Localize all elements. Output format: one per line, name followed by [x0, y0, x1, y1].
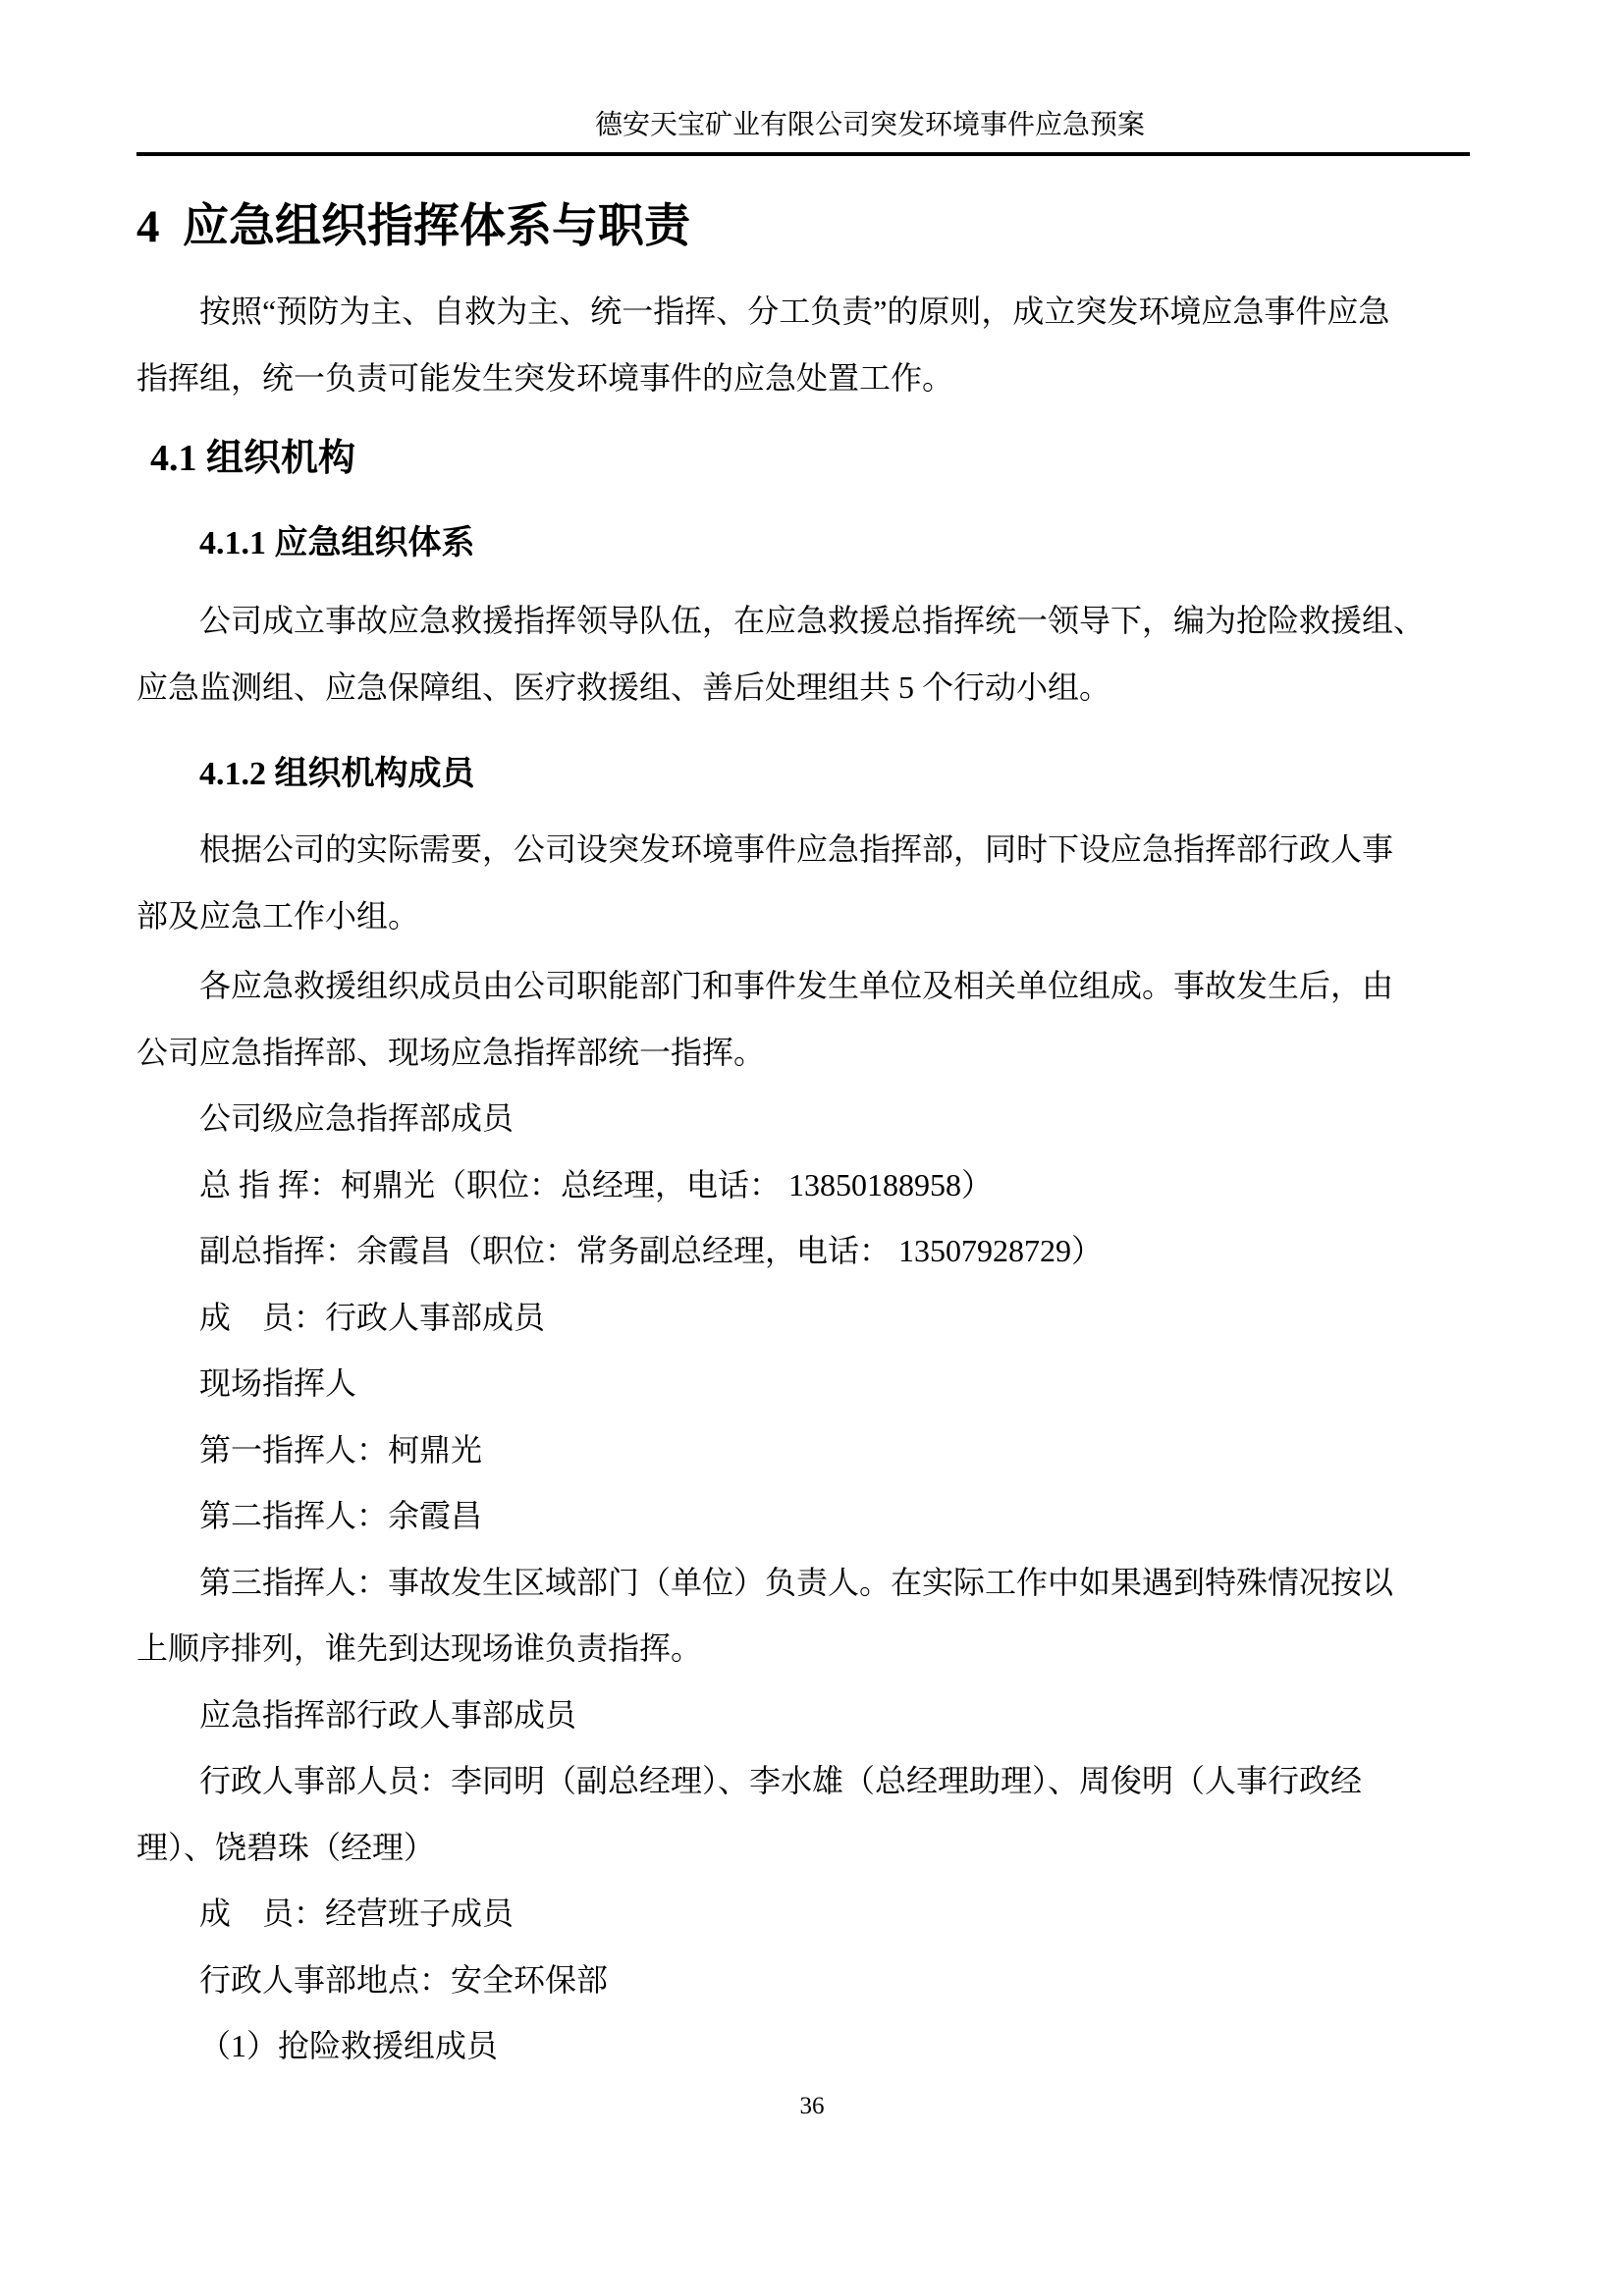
section-412-intro-paragraph-2: 各应急救援组织成员由公司职能部门和事件发生单位及相关单位组成。事故发生后，由 公…: [136, 953, 1473, 1086]
member-line-1: 公司级应急指挥部成员: [136, 1086, 1473, 1152]
section-411-heading: 4.1.1 应急组织体系: [199, 513, 1473, 574]
page-header-title: 德安天宝矿业有限公司突发环境事件应急预案: [595, 108, 1145, 143]
chapter-intro-paragraph: 按照“预防为主、自救为主、统一指挥、分工负责”的原则，成立突发环境应急事件应急 …: [136, 279, 1473, 411]
document-page: 德安天宝矿业有限公司突发环境事件应急预案 4 应急组织指挥体系与职责 按照“预防…: [0, 0, 1624, 2296]
member-line-5: 现场指挥人: [136, 1351, 1473, 1417]
member-line-12: 行政人事部地点：安全环保部: [136, 1948, 1473, 2014]
member-line-2: 总 指 挥：柯鼎光（职位：总经理，电话： 13850188958）: [136, 1152, 1473, 1219]
member-line-4: 成 员：行政人事部成员: [136, 1285, 1473, 1352]
header-divider-rule: [136, 152, 1470, 156]
member-line-10: 行政人事部人员：李同明（副总经理）、李水雄（总经理助理）、周俊明（人事行政经 理…: [136, 1748, 1473, 1881]
member-line-11: 成 员：经营班子成员: [136, 1881, 1473, 1948]
section-412-member-list: 公司级应急指挥部成员总 指 挥：柯鼎光（职位：总经理，电话： 138501889…: [136, 1086, 1473, 2080]
section-411-body-paragraph: 公司成立事故应急救援指挥领导队伍，在应急救援总指挥统一领导下，编为抢险救援组、 …: [136, 588, 1473, 721]
member-line-13: （1）抢险救援组成员: [136, 2013, 1473, 2080]
chapter-heading: 4 应急组织指挥体系与职责: [136, 188, 1473, 265]
member-line-8: 第三指挥人：事故发生区域部门（单位）负责人。在实际工作中如果遇到特殊情况按以 上…: [136, 1550, 1473, 1682]
section-412-intro-paragraph-1: 根据公司的实际需要，公司设突发环境事件应急指挥部，同时下设应急指挥部行政人事 部…: [136, 817, 1473, 949]
member-line-9: 应急指挥部行政人事部成员: [136, 1682, 1473, 1749]
page-content: 4 应急组织指挥体系与职责 按照“预防为主、自救为主、统一指挥、分工负责”的原则…: [136, 188, 1473, 2080]
page-number: 36: [0, 2089, 1624, 2124]
section-41-heading: 4.1 组织机构: [150, 427, 1473, 490]
member-line-7: 第二指挥人：余霞昌: [136, 1483, 1473, 1550]
member-line-3: 副总指挥：余霞昌（职位：常务副总经理，电话： 13507928729）: [136, 1218, 1473, 1285]
member-line-6: 第一指挥人：柯鼎光: [136, 1417, 1473, 1484]
section-412-heading: 4.1.2 组织机构成员: [199, 744, 1473, 805]
